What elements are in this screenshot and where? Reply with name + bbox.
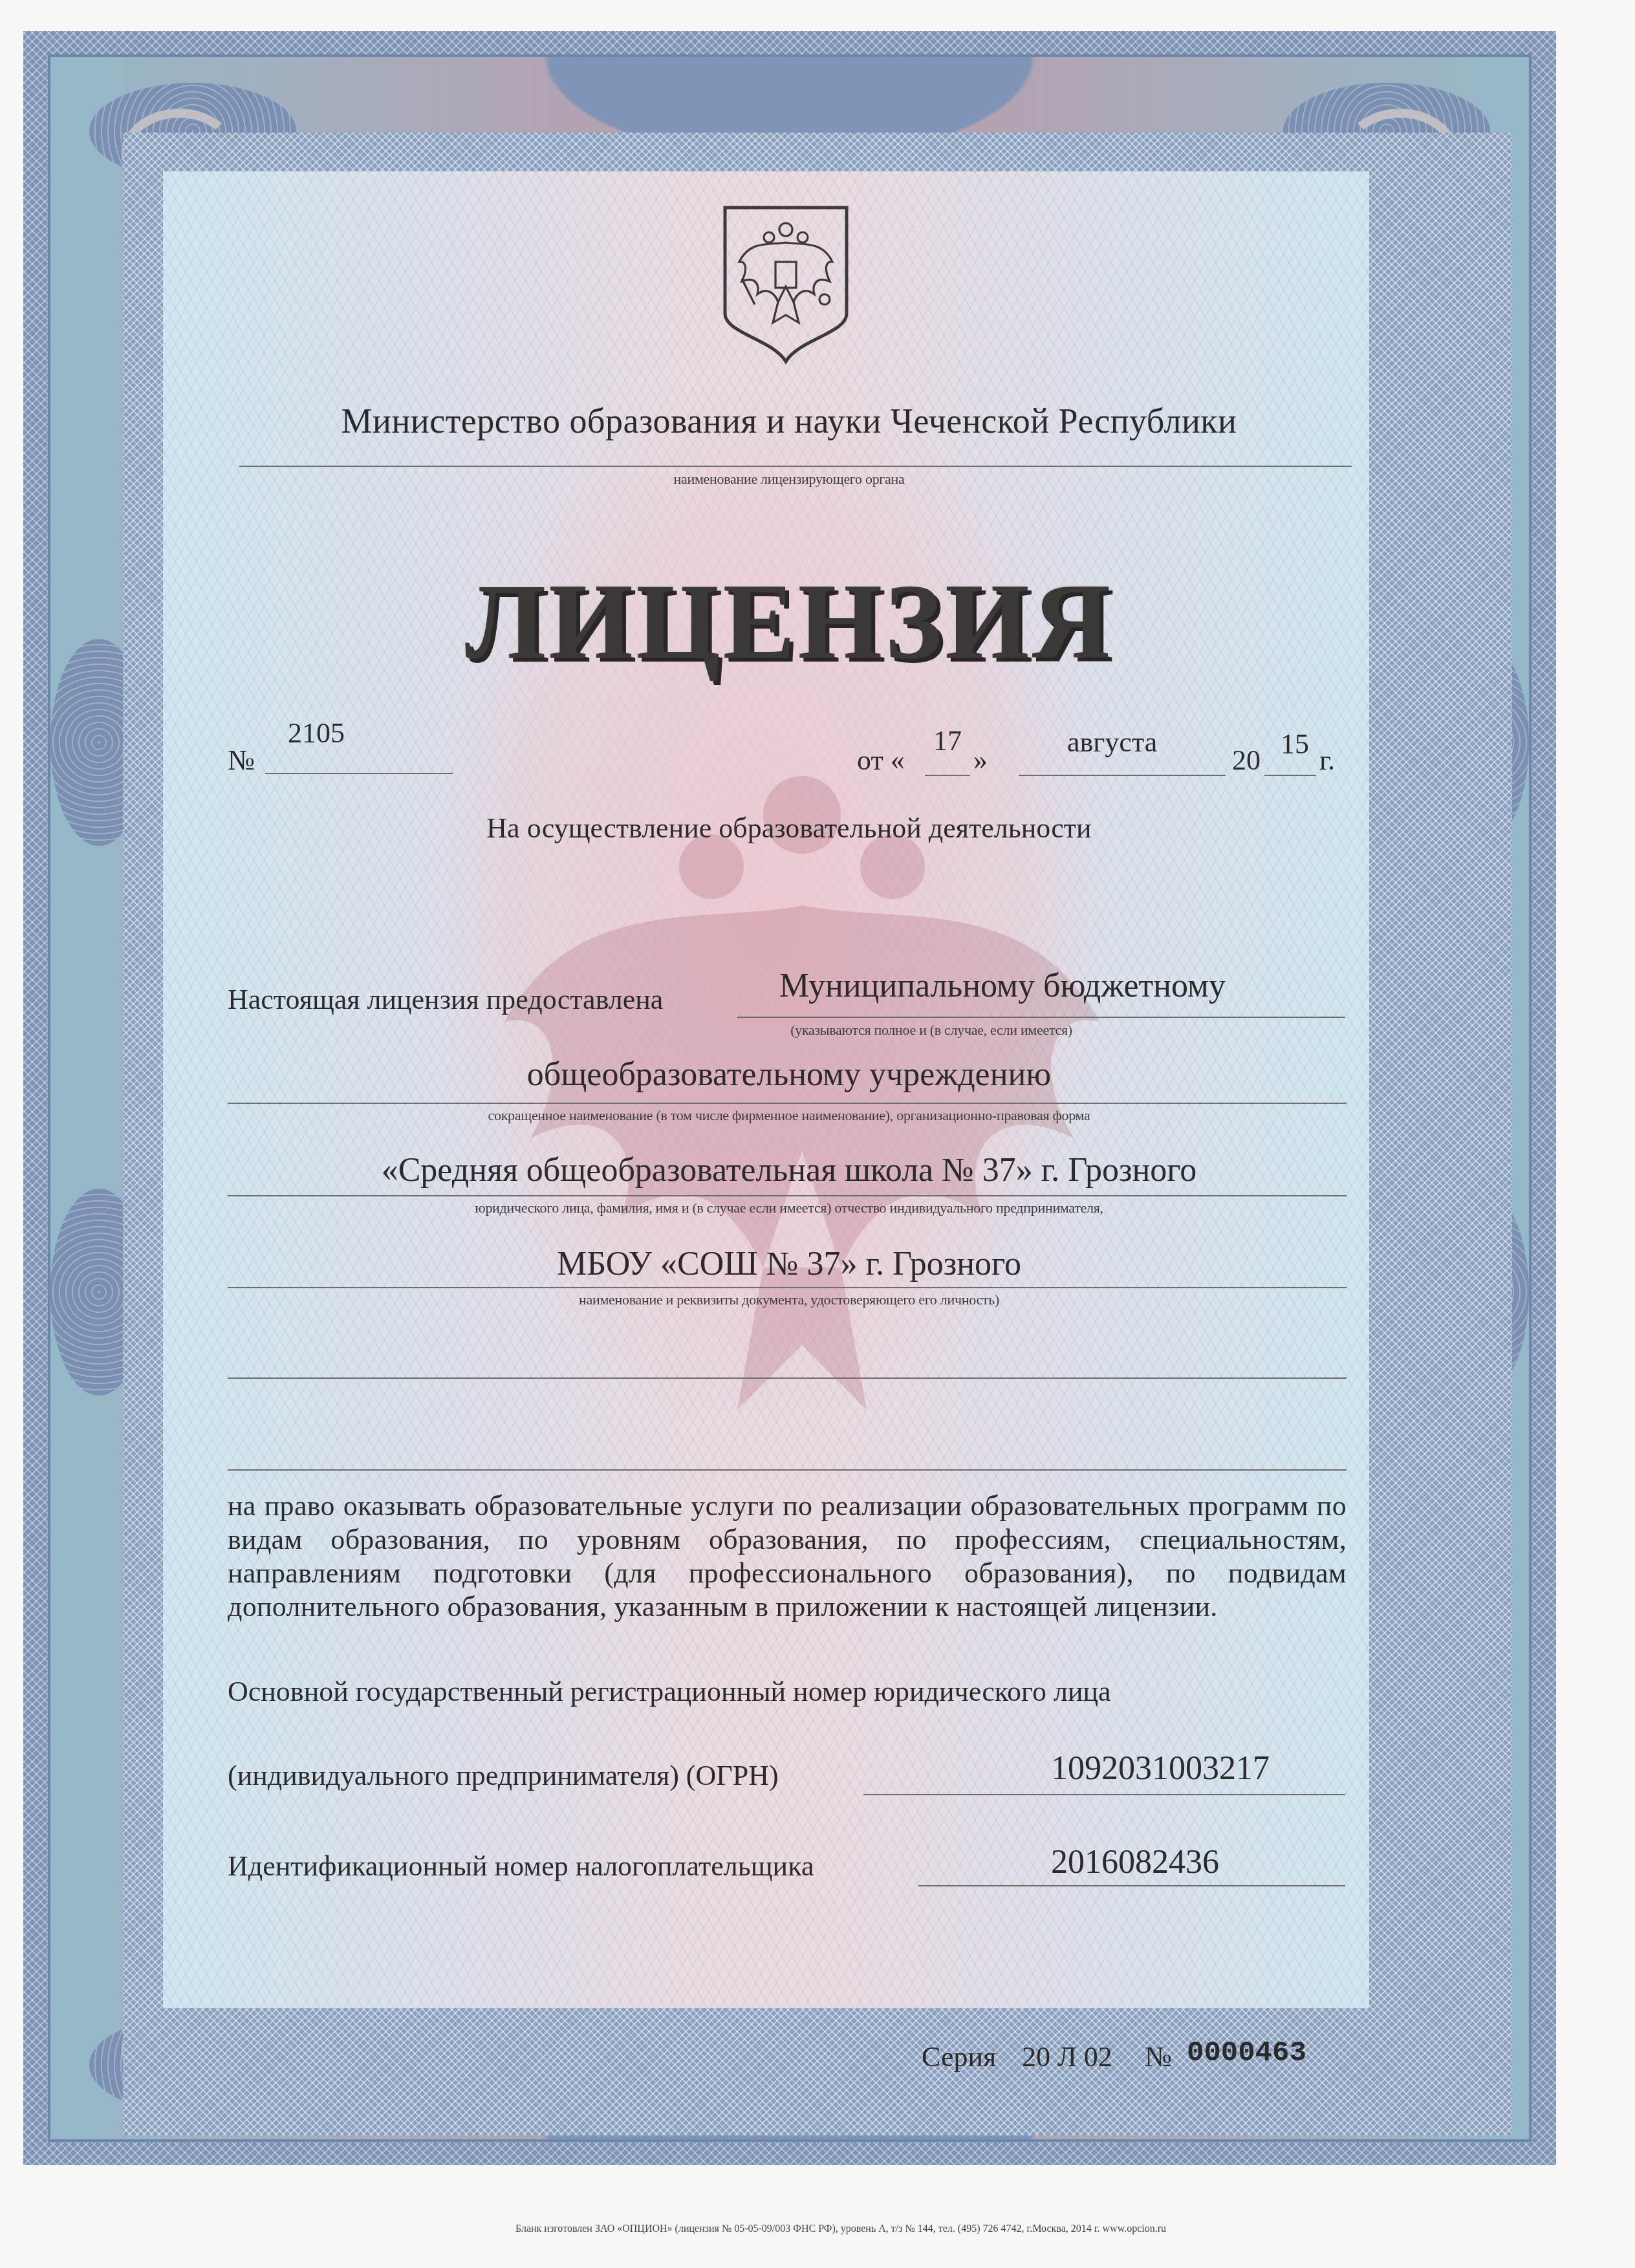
number-label: № <box>228 744 255 777</box>
licensee-caption-1: (указываются полное и (в случае, если им… <box>737 1022 1125 1039</box>
series-number-label: № <box>1145 2040 1172 2073</box>
authority-caption: наименование лицензирующего органа <box>194 471 1384 488</box>
inn-underline <box>918 1885 1345 1886</box>
date-day-suffix: » <box>973 744 988 777</box>
rights-description: на право оказывать образовательные услуг… <box>228 1489 1347 1624</box>
licensee-underline-3 <box>228 1195 1347 1196</box>
activity-type: На осуществление образовательной деятель… <box>194 812 1384 845</box>
inn-label: Идентификационный номер налогоплательщик… <box>228 1850 814 1883</box>
month-underline <box>1019 775 1226 776</box>
licensee-underline-1 <box>737 1017 1345 1018</box>
year-underline <box>1264 775 1316 776</box>
date-year-prefix: 20 <box>1232 744 1261 777</box>
date-month: августа <box>1067 726 1157 759</box>
coat-of-arms-icon <box>721 204 850 365</box>
ogrn-underline <box>863 1794 1345 1795</box>
series-value: 20 Л 02 <box>1022 2040 1112 2073</box>
licensee-caption-2: сокращенное наименование (в том числе фи… <box>194 1107 1384 1124</box>
inn-value: 2016082436 <box>1051 1843 1219 1881</box>
printer-note: Бланк изготовлен ЗАО «ОПЦИОН» (лицензия … <box>388 2223 1294 2235</box>
ogrn-label-line-2: (индивидуального предпринимателя) (ОГРН) <box>228 1759 779 1792</box>
license-number: 2105 <box>288 717 345 750</box>
licensee-underline-4 <box>228 1287 1347 1288</box>
day-underline <box>925 775 970 776</box>
licensee-line-2: общеобразовательному учреждению <box>194 1055 1384 1094</box>
date-year-suffix: г. <box>1319 744 1335 777</box>
document-title: ЛИЦЕНЗИЯ <box>194 559 1384 684</box>
date-year: 15 <box>1281 728 1309 761</box>
licensee-caption-4: наименование и реквизиты документа, удос… <box>194 1291 1384 1308</box>
date-day: 17 <box>933 724 962 757</box>
licensee-line-3: «Средняя общеобразовательная школа № 37»… <box>194 1151 1384 1189</box>
licensee-line-4: МБОУ «СОШ № 37» г. Грозного <box>194 1245 1384 1283</box>
granted-to-label: Настоящая лицензия предоставлена <box>228 983 663 1016</box>
authority-underline <box>239 466 1352 467</box>
blank-line-2 <box>228 1469 1347 1471</box>
licensee-underline-2 <box>228 1103 1347 1104</box>
ogrn-value: 1092031003217 <box>1051 1749 1270 1787</box>
blank-line-1 <box>228 1377 1347 1379</box>
ogrn-label-line-1: Основной государственный регистрационный… <box>228 1675 1111 1708</box>
licensee-line-1: Муниципальному бюджетному <box>779 967 1226 1005</box>
issuing-authority: Министерство образования и науки Чеченск… <box>194 401 1384 441</box>
date-prefix: от « <box>857 744 905 777</box>
number-underline <box>265 773 453 774</box>
series-number: 0000463 <box>1187 2037 1306 2069</box>
licensee-caption-3: юридического лица, фамилия, имя и (в слу… <box>194 1200 1384 1216</box>
series-label: Серия <box>922 2040 996 2073</box>
